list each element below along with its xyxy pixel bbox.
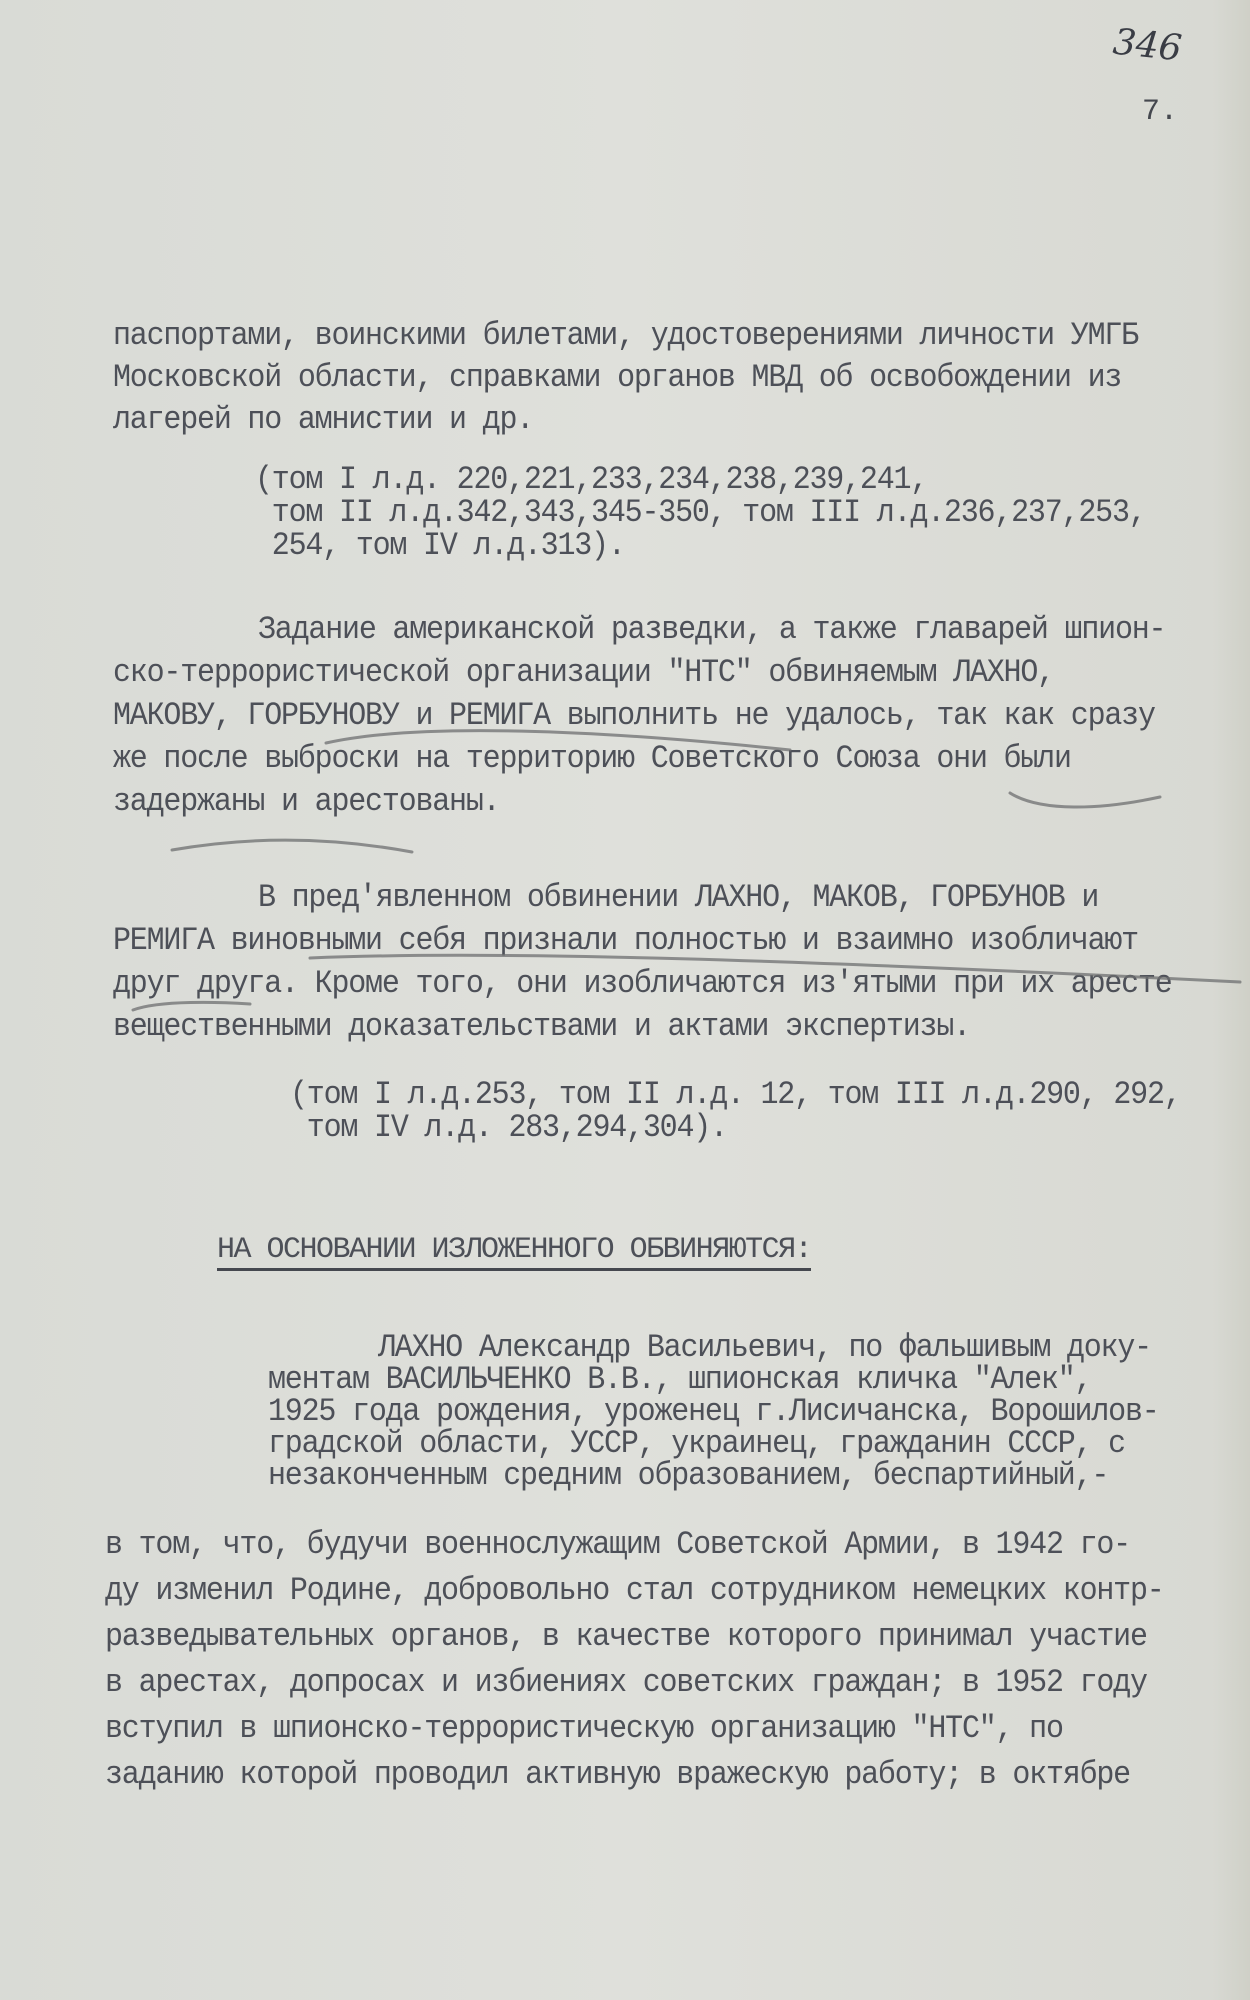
text-line: В пред'явленном обвинении ЛАХНО, МАКОВ, … <box>258 880 1098 917</box>
text-line: лагерей по амнистии и др. <box>113 402 533 439</box>
case-reference-line: (том I л.д.253, том II л.д. 12, том III … <box>290 1077 1181 1114</box>
text-line: Московской области, справками органов МВ… <box>113 360 1121 397</box>
text-line: задержаны и арестованы. <box>113 784 499 821</box>
case-reference-line: том IV л.д. 283,294,304). <box>290 1110 727 1147</box>
page-number: 7. <box>1142 95 1178 129</box>
case-reference-line: том II л.д.342,343,345-350, том III л.д.… <box>255 495 1146 532</box>
charge-line: разведывательных органов, в качестве кот… <box>105 1619 1147 1656</box>
text-line: МАКОВУ, ГОРБУНОВУ и РЕМИГА выполнить не … <box>113 698 1155 735</box>
text-line: же после выброски на территорию Советско… <box>113 741 1071 778</box>
charge-line: в арестах, допросах и избиениях советски… <box>105 1665 1147 1702</box>
text-line: РЕМИГА виновными себя признали полностью… <box>113 923 1138 960</box>
charge-line: ду изменил Родине, добровольно стал сотр… <box>105 1573 1164 1610</box>
charge-line: заданию которой проводил активную вражес… <box>105 1757 1130 1794</box>
text-line: паспортами, воинскими билетами, удостове… <box>113 318 1138 355</box>
accused-line: незаконченным средним образованием, бесп… <box>268 1458 1108 1495</box>
text-line: вещественными доказательствами и актами … <box>113 1009 970 1046</box>
text-line: Задание американской разведки, а также г… <box>258 612 1165 649</box>
case-reference-line: 254, том IV л.д.313). <box>255 528 625 565</box>
section-heading: НА ОСНОВАНИИ ИЗЛОЖЕННОГО ОБВИНЯЮТСЯ: <box>217 1233 811 1271</box>
archive-sheet-number: 346 <box>1111 22 1184 70</box>
case-reference-line: (том I л.д. 220,221,233,234,238,239,241, <box>255 462 927 499</box>
text-line: друг друга. Кроме того, они изобличаются… <box>113 966 1172 1003</box>
document-page: 346 7. паспортами, воинскими билетами, у… <box>0 0 1250 2000</box>
text-line: ско-террористической организации "НТС" о… <box>113 655 1054 692</box>
charge-line: в том, что, будучи военнослужащим Советс… <box>105 1527 1130 1564</box>
charge-line: вступил в шпионско-террористическую орга… <box>105 1711 1063 1748</box>
